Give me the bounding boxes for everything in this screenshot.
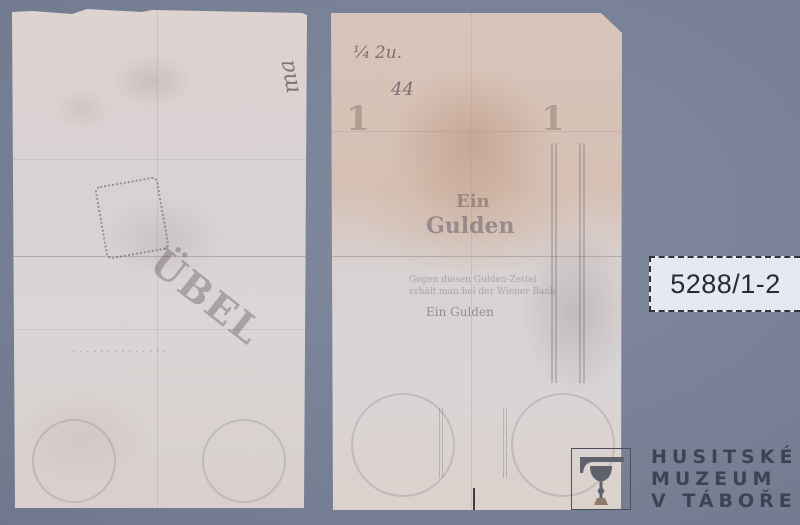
ornament-border bbox=[551, 143, 585, 383]
denomination-mark: 1 bbox=[346, 99, 370, 139]
printed-line: erhält man bei der Wiener Bank bbox=[409, 287, 556, 297]
tear-mark bbox=[473, 488, 475, 510]
banknote-right: ⅟₄ 2u. 44 1 1 Ein Gulden Gegen diesen Gu… bbox=[331, 13, 622, 510]
ornament-circle bbox=[32, 419, 116, 503]
inventory-number: 5288/1-2 bbox=[670, 269, 781, 300]
banknote-left: ɐɯ ÜBEL · · · · · · · · · · · · · · bbox=[12, 9, 307, 508]
printed-line: Gegen diesen Gulden-Zettel bbox=[409, 275, 537, 285]
stamp-impression bbox=[94, 176, 170, 260]
denomination-mark: 1 bbox=[541, 99, 565, 139]
printed-line: Gulden bbox=[426, 213, 515, 239]
handwritten-annotation: ⅟₄ 2u. bbox=[353, 43, 402, 63]
ornament-center bbox=[439, 408, 507, 478]
chalice-icon bbox=[572, 449, 630, 509]
printed-line: Ein Gulden bbox=[426, 305, 494, 319]
handwritten-number: 44 bbox=[391, 79, 414, 100]
museum-name-line: HUSITSKÉ bbox=[651, 446, 800, 468]
inventory-number-label: 5288/1-2 bbox=[649, 256, 800, 312]
museum-name: HUSITSKÉ MUZEUM V TÁBOŘE bbox=[651, 446, 800, 512]
handwritten-mark: ɐɯ bbox=[276, 58, 307, 96]
museum-name-line: MUZEUM bbox=[651, 468, 800, 490]
ornament-circle bbox=[202, 419, 286, 503]
fold-line bbox=[331, 131, 622, 132]
faint-print: · · · · · · · · · · · · · · bbox=[72, 345, 166, 358]
museum-logo-mark bbox=[571, 448, 631, 510]
printed-line: Ein bbox=[456, 191, 490, 212]
museum-name-line: V TÁBOŘE bbox=[651, 490, 800, 512]
fold-line bbox=[12, 159, 307, 160]
